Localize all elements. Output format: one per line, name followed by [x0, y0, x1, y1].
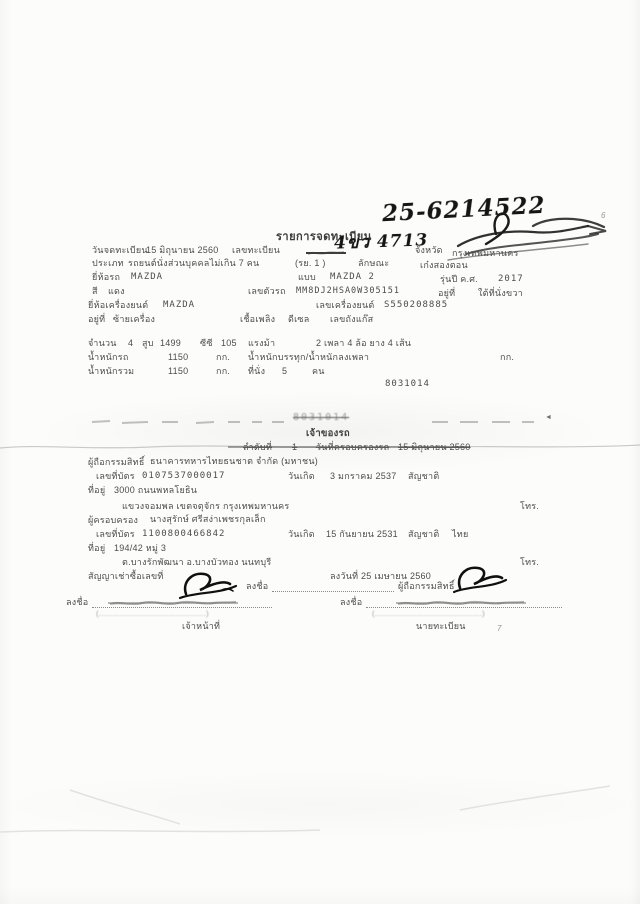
holder-sign-label: ผู้ถือกรรมสิทธิ์ — [398, 580, 455, 594]
model-label: แบบ — [298, 271, 316, 285]
fuel-label: เชื้อเพลิง — [240, 313, 275, 327]
color-label: สี — [92, 285, 98, 299]
fold-arrow-mark: ◄ — [545, 414, 552, 421]
vin-loc-value: ใต้ที่นั่งขวา — [478, 287, 523, 301]
paper-crease-marks — [0, 780, 640, 840]
officer-paren-line: (.......................................… — [96, 608, 209, 619]
cylinder-unit: สูบ — [142, 337, 154, 351]
sequence-label: ลำดับที่ — [243, 441, 272, 455]
fuel-value: ดีเซล — [288, 313, 310, 327]
possessor-addr-label: ที่อยู่ — [88, 542, 105, 556]
sign-label-right: ลงชื่อ — [340, 596, 362, 610]
signature-dotted-line — [272, 590, 394, 592]
possessor-nationality-label: สัญชาติ — [408, 528, 439, 542]
brand-label: ยี่ห้อรถ — [92, 271, 120, 285]
document-number: 8031014 — [385, 378, 430, 392]
holder-id-label: เลขที่บัตร — [96, 470, 135, 484]
holder-id-value: 0107537000017 — [142, 470, 225, 484]
holder-tel-label: โทร. — [520, 500, 539, 514]
holder-addr-label: ที่อยู่ — [88, 484, 105, 498]
possess-date-label: วันที่ครอบครองรถ — [316, 441, 389, 455]
year-label: รุ่นปี ค.ศ. — [440, 273, 478, 287]
scanned-registration-document: 25-6214522 6 รายการจดทะเบียน 4ขว 4713 วั… — [0, 0, 640, 904]
cylinder-count-label: จำนวน — [88, 337, 117, 351]
seat-label: ที่นั่ง — [248, 365, 265, 379]
weight-label: น้ำหนักรถ — [88, 351, 129, 365]
contract-label: สัญญาเช่าซื้อเลขที่ — [88, 570, 164, 584]
vin-label: เลขตัวรถ — [248, 285, 286, 299]
persons-label: คน — [312, 365, 325, 379]
holder-label: ผู้ถือกรรมสิทธิ์ — [88, 456, 145, 470]
reg-no-label: เลขทะเบียน — [232, 244, 280, 258]
type-value: รถยนต์นั่งส่วนบุคคลไม่เกิน 7 คน — [128, 257, 259, 271]
type-code: (รย. 1 ) — [295, 257, 326, 271]
gross-weight-label: น้ำหนักรวม — [88, 365, 134, 379]
vin-value: MM8DJ2HSA0W305151 — [296, 285, 400, 298]
model-value: MAZDA 2 — [330, 271, 375, 285]
seat-count: 5 — [282, 365, 287, 379]
body-value: เก๋งสองตอน — [420, 259, 468, 273]
cylinder-count: 4 — [128, 337, 133, 351]
holder-dob-value: 3 มกราคม 2537 — [330, 470, 397, 484]
weight-value: 1150 — [168, 351, 188, 365]
province-label: จังหวัด — [415, 244, 443, 258]
possessor-dob-value: 15 กันยายน 2531 — [326, 528, 398, 542]
registrar-label: นายทะเบียน — [416, 620, 466, 634]
color-value: แดง — [108, 285, 125, 299]
kg-label-2: กก. — [500, 351, 514, 365]
holder-name: ธนาคารทหารไทยธนชาต จำกัด (มหาชน) — [150, 455, 318, 469]
engine-loc-value: ซ้ายเครื่อง — [113, 313, 155, 327]
axles-wheels: 2 เพลา 4 ล้อ ยาง 4 เส้น — [316, 337, 411, 351]
possessor-id-label: เลขที่บัตร — [96, 528, 135, 542]
possessor-tel-label: โทร. — [520, 556, 539, 570]
possessor-label: ผู้ครอบครอง — [88, 514, 138, 528]
gas-tank-label: เลขถังแก๊ส — [330, 313, 373, 327]
possessor-nationality-value: ไทย — [452, 528, 468, 542]
holder-dob-label: วันเกิด — [288, 470, 315, 484]
possessor-name: นางสุรักษ์ ศรีสง่าเพชรกุลเล็ก — [150, 513, 266, 527]
possess-date-value: 15 มิถุนายน 2560 — [398, 441, 471, 455]
engine-brand-label: ยี่ห้อเครื่องยนต์ — [88, 299, 148, 313]
brand-value: MAZDA — [131, 271, 163, 285]
hp-value: 105 — [221, 337, 237, 351]
load-label: น้ำหนักบรรทุก/น้ำหนักลงเพลา — [248, 351, 369, 365]
hp-label: แรงม้า — [248, 337, 275, 351]
reg-date-label: วันจดทะเบียน — [92, 244, 148, 258]
holder-nationality-label: สัญชาติ — [408, 470, 439, 484]
holder-addr-line2: แขวงจอมพล เขตจตุจักร กรุงเทพมหานคร — [122, 500, 290, 514]
engine-no-label: เลขเครื่องยนต์ — [316, 299, 375, 313]
fold-number-faint: 8031014 — [293, 410, 349, 425]
body-label: ลักษณะ — [358, 257, 389, 271]
kg-label-3: กก. — [216, 365, 230, 379]
officer-label: เจ้าหน้าที่ — [182, 620, 220, 634]
registrar-paren-line: (.......................................… — [372, 608, 485, 619]
possessor-addr-line1: 194/42 หมู่ 3 — [114, 542, 166, 556]
cc-value: 1499 — [160, 337, 181, 351]
holder-addr-line1: 3000 ถนนพหลโยธิน — [114, 484, 197, 498]
corner-mark-bottom: 7 — [497, 624, 501, 633]
engine-brand-value: MAZDA — [163, 299, 195, 313]
cc-label: ซีซี — [200, 337, 213, 351]
sequence-value: 1 — [292, 441, 297, 455]
sign-label-middle: ลงชื่อ — [246, 580, 268, 594]
possessor-dob-label: วันเกิด — [288, 528, 315, 542]
reg-date-value: 15 มิถุนายน 2560 — [146, 244, 219, 258]
sign-label-left: ลงชื่อ — [66, 596, 88, 610]
kg-label-1: กก. — [216, 351, 230, 365]
gross-weight-value: 1150 — [168, 365, 188, 379]
year-value: 2017 — [498, 273, 524, 287]
type-label: ประเภท — [92, 257, 124, 271]
signature-icon — [452, 562, 510, 596]
engine-loc-label: อยู่ที่ — [88, 313, 105, 327]
engine-no-value: S550208885 — [384, 299, 448, 313]
possessor-id-value: 1100800466842 — [142, 528, 225, 542]
